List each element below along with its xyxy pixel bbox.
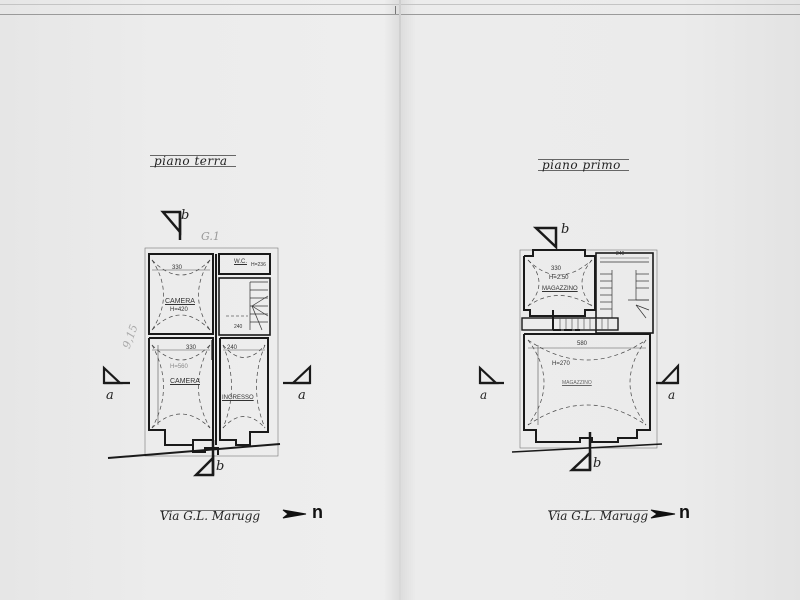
section-marker-b-bottom [196,440,213,475]
section-label-a-right: a [298,388,306,403]
section-label-a-left: a [480,388,487,402]
pencil-note-top: G.1 [201,230,220,243]
room-height-wc: H=236 [251,262,266,268]
dim-stair: 240 [616,251,624,257]
dim-room4: 240 [227,345,237,351]
section-marker-b-top [536,228,556,247]
room-label-camera-1: CAMERA [165,298,195,305]
room-height-magazzino-2: H=270 [552,361,570,367]
section-label-b-bottom: b [216,459,224,474]
street-name-label: Via G.L. Marugg [548,510,648,518]
section-label-b-top: b [561,222,569,237]
dim-stair: 240 [234,324,242,330]
room-label-magazzino-2: MAGAZZINO [562,380,592,386]
right-page-first-floor: piano primo [400,0,800,600]
room-label-camera-2: CAMERA [170,378,200,385]
north-label: n [312,502,323,523]
section-label-a-right: a [668,388,675,402]
room-label-ingresso: INGRESSO [222,395,254,401]
room-height-magazzino-1: H=2.50 [549,275,569,281]
section-marker-a-left [480,368,504,383]
section-label-a-left: a [106,388,114,403]
section-marker-a-left [104,368,130,383]
dim-room3: 330 [186,345,196,351]
section-marker-a-right [656,366,678,383]
north-arrow-icon [651,510,675,518]
dim-room1: 330 [172,265,182,271]
dim-magazzino-2: 580 [577,341,587,347]
room-height-camera-1: H=420 [170,307,188,313]
section-label-b-top: b [181,208,189,223]
room-label-wc: W.C. [234,259,247,265]
north-label: n [679,502,690,523]
street-name-label: Via G.L. Marugg [160,510,260,518]
section-marker-b-top [163,212,180,240]
section-marker-a-right [283,367,310,383]
section-label-b-bottom: b [593,456,601,471]
room-height-camera-2: H=560 [170,364,188,370]
dim-magazzino-1: 330 [551,266,561,272]
room-label-magazzino-1: MAGAZZINO [542,286,578,292]
drawing-sheet: piano terra [0,0,800,600]
north-arrow-icon [283,510,306,518]
left-page-ground-floor: piano terra [0,0,400,600]
